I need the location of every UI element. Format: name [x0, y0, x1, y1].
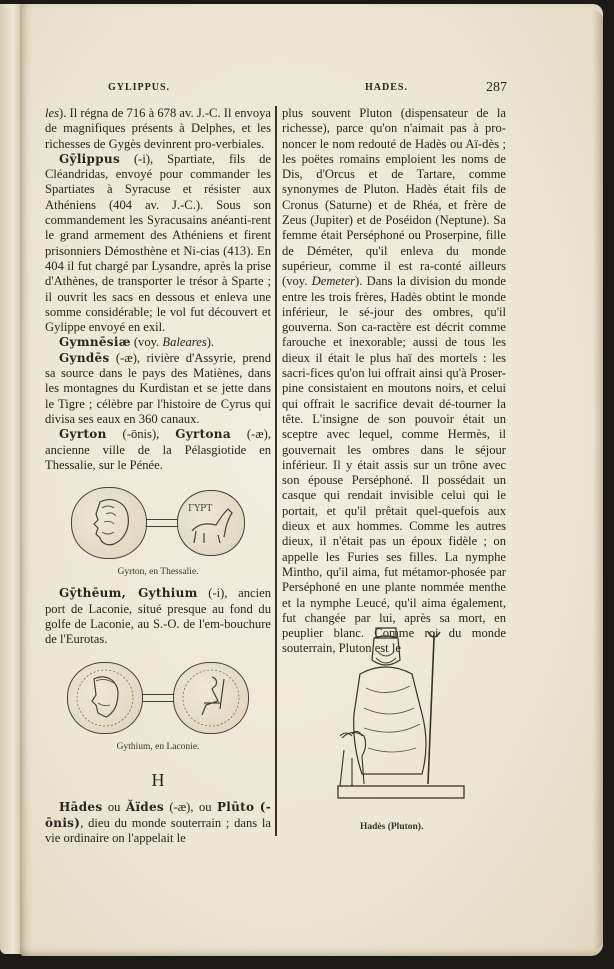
headword: Ăïdes	[126, 800, 164, 814]
figure-caption: Gyrton, en Thessalie.	[45, 565, 271, 580]
running-head-right: HADES.	[365, 82, 408, 93]
paragraph-continuation: les). Il régna de 716 à 678 av. J.-C. Il…	[45, 106, 271, 152]
entry-gylippus: Gȳlippus (-i), Spartiate, fils de Cléand…	[45, 152, 271, 336]
headword: Gȳthēum, Gythium	[59, 586, 198, 600]
column-rule	[275, 106, 277, 836]
entry-gyrton: Gyrton (-ōnis), Gyrtona (-æ), ancienne v…	[45, 427, 271, 473]
figure-caption: Hadès (Pluton).	[360, 822, 423, 832]
right-column: plus souvent Pluton (dispensateur de la …	[282, 106, 506, 657]
headword: Gyndēs	[59, 351, 110, 365]
headword: Hādes	[59, 800, 102, 814]
paragraph-hades-continued: plus souvent Pluton (dispensateur de la …	[282, 106, 506, 657]
left-column: les). Il régna de 716 à 678 av. J.-C. Il…	[45, 106, 271, 846]
headword: Gyrton	[59, 427, 107, 441]
coin-reverse-seated-figure-icon	[173, 662, 249, 734]
section-letter: H	[45, 773, 271, 788]
headword: Gȳlippus	[59, 152, 120, 166]
svg-text:ΓΥΡΤ: ΓΥΡΤ	[188, 504, 212, 514]
entry-hades: Hādes ou Ăïdes (-æ), ou Plūto (-ōnis), d…	[45, 800, 271, 846]
headword: Plūto	[217, 800, 254, 814]
page-number: 287	[486, 80, 507, 96]
coin-reverse-horse-icon: ΓΥΡΤ	[177, 490, 245, 556]
coin-obverse-laureate-head-icon	[67, 662, 143, 734]
entry-gymnesiae: Gymnēsiæ (voy. Baleares).	[45, 335, 271, 350]
headword: Gymnēsiæ	[59, 335, 131, 349]
headword: Gyrtona	[175, 427, 231, 441]
page-fore-edge	[593, 10, 603, 950]
figure-caption: Gythium, en Laconie.	[45, 740, 271, 755]
previous-page-edge	[0, 4, 22, 954]
figure-gyrton-coin: ΓΥΡΤ Gyrton, en Thessalie.	[45, 483, 271, 580]
figure-gythium-coin: Gythium, en Laconie.	[45, 658, 271, 755]
coin-obverse-head-icon	[71, 487, 147, 559]
entry-gyndes: Gyndēs (-æ), rivière d'Assyrie, prend sa…	[45, 351, 271, 427]
running-head-left: GYLIPPUS.	[108, 82, 170, 93]
entry-gytheum: Gȳthēum, Gythium (-i), ancien port de La…	[45, 586, 271, 647]
hades-statue-illustration-icon	[330, 618, 470, 804]
